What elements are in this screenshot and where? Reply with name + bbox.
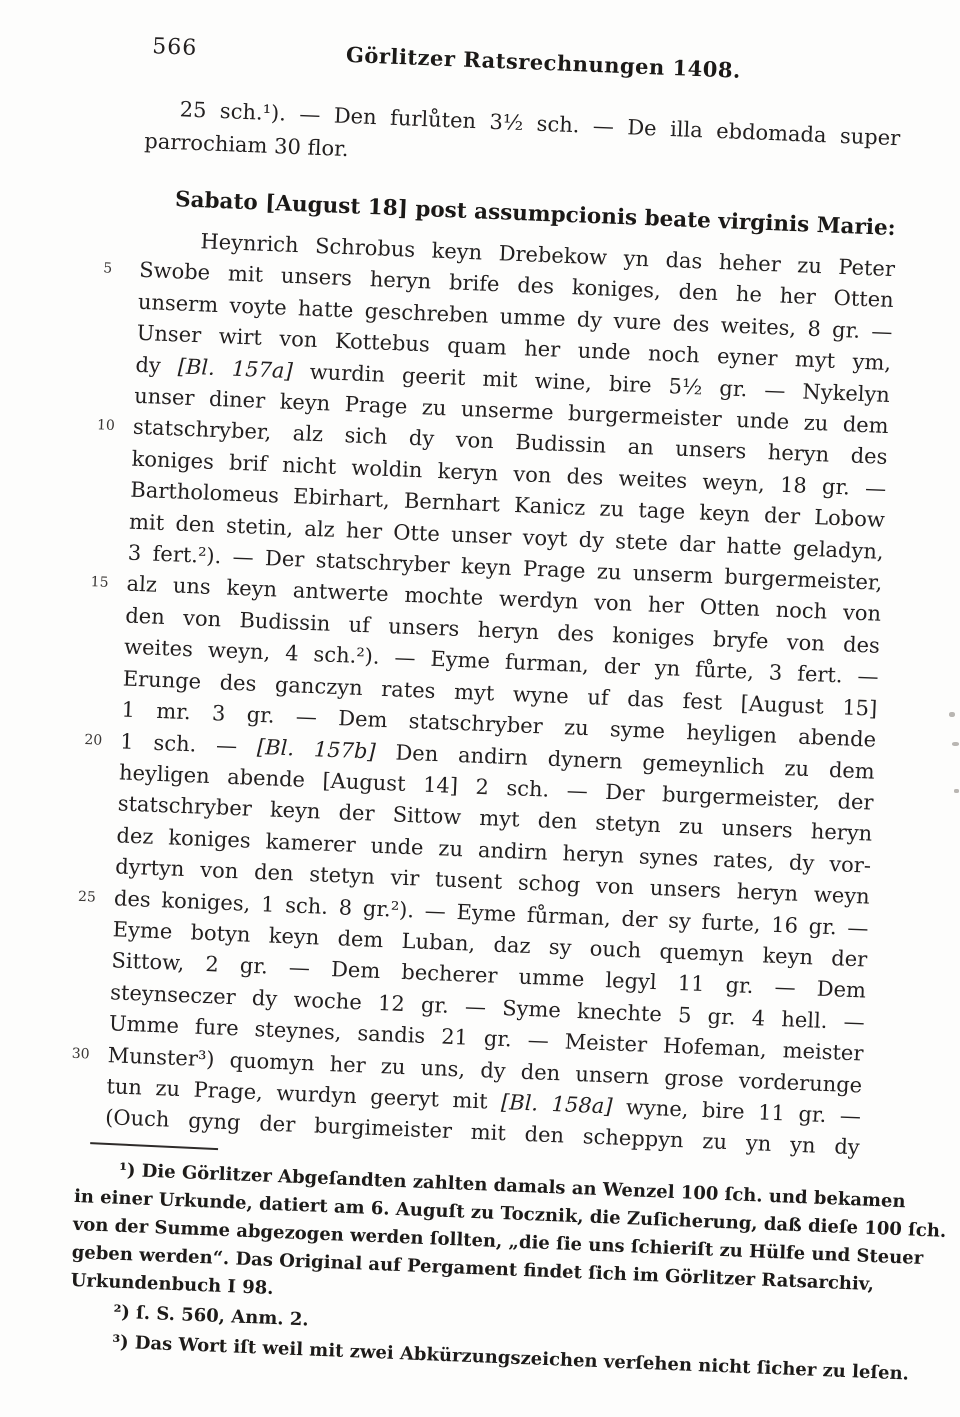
entry-paragraph: Heynrich Schrobus keyn Drebekow yn das h… <box>105 224 896 1164</box>
margin-line-number: 30 <box>71 1038 98 1070</box>
book-page: 566 Görlitzer Ratsrechnungen 1408. 25 sc… <box>0 0 960 1417</box>
scan-speck <box>952 742 959 746</box>
running-head: 566 Görlitzer Ratsrechnungen 1408. <box>148 32 904 92</box>
margin-line-number: 20 <box>84 724 111 756</box>
margin-line-number: 5 <box>103 254 130 286</box>
footnotes-block: ¹) Die Görlitzer Abgeſandten zahlten dam… <box>68 1155 873 1387</box>
scan-speck <box>954 789 959 793</box>
folio-reference: [Bl. 157a] <box>177 354 293 383</box>
margin-line-number: 10 <box>96 411 123 443</box>
intro-paragraph: 25 sch.¹). — Den furlůten 3½ sch. — De i… <box>144 92 901 188</box>
page-content: 566 Görlitzer Ratsrechnungen 1408. 25 sc… <box>0 0 904 1386</box>
margin-line-number: 25 <box>77 881 104 913</box>
margin-line-number: 15 <box>90 568 117 600</box>
running-title: Görlitzer Ratsrechnungen 1408. <box>148 32 904 92</box>
folio-reference: [Bl. 157b] <box>257 734 377 763</box>
folio-reference: [Bl. 158a] <box>501 1090 613 1118</box>
footnote-separator-rule <box>90 1142 218 1150</box>
scan-speck <box>949 712 955 717</box>
